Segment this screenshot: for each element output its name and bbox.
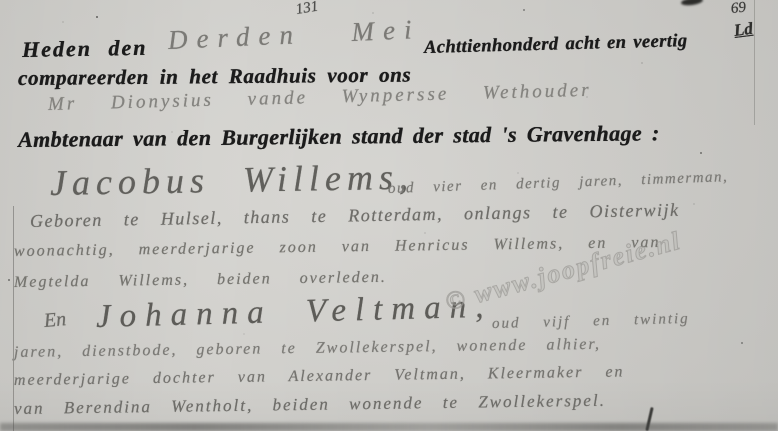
preprinted-ambtenaar-line: Ambtenaar van den Burgerlijken stand der… [18, 120, 660, 153]
paper-fold-line [754, 0, 755, 125]
bride-age: oud vijf en twintig [492, 311, 690, 333]
bride-occupation-birth-line: jaren, dienstbode, geboren te Zwollekers… [14, 336, 601, 362]
paper-speckles [0, 0, 2, 2]
preprinted-year: Achttienhonderd acht en veertig [424, 31, 688, 59]
groom-birth-residence-line: Geboren te Hulsel, thans te Rotterdam, o… [30, 200, 680, 232]
bride-name: Johanna Veltman, [96, 289, 493, 336]
document-scan: 131 69 Ld Heden den Derden Mei Achttienh… [0, 0, 778, 431]
handwritten-date: Derden Mei [167, 14, 421, 56]
bride-parentage-line: meerderjarige dochter van Alexander Velt… [14, 363, 625, 390]
bride-mother-line: van Berendina Wentholt, beiden wonende t… [14, 391, 606, 419]
folio-number: 69 [730, 0, 747, 18]
groom-name: Jacobus Willems, [50, 156, 415, 204]
scan-edge-shadow [0, 423, 778, 431]
ink-smudge [681, 0, 704, 6]
act-number: 131 [295, 0, 320, 19]
folio-mark: Ld [733, 19, 754, 41]
preprinted-heden-den: Heden den [22, 35, 148, 63]
margin-rule [13, 206, 14, 431]
bride-intro: En [43, 308, 67, 333]
groom-age-occupation: oud vier en dertig jaren, timmerman, [388, 169, 729, 198]
groom-mother-line: Megtelda Willems, beiden overleden. [14, 269, 387, 292]
